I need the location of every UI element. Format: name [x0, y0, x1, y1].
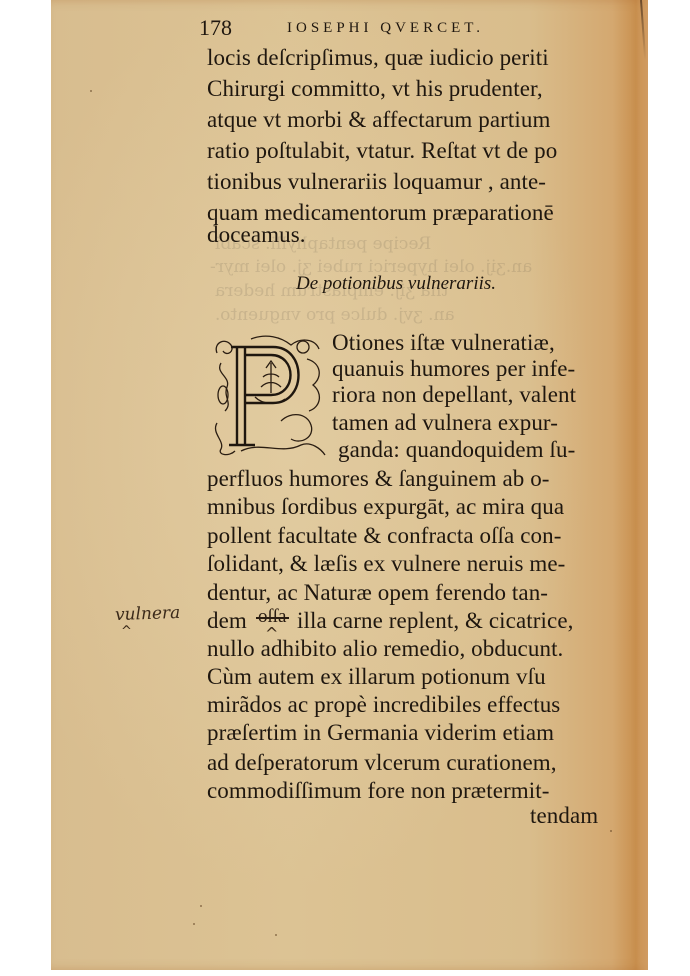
- paper-speck: [610, 830, 612, 832]
- text-line: mnibus ſordibus expurgāt, ac mira qua: [207, 494, 564, 520]
- text-line: doceamus.: [207, 222, 306, 248]
- text-line: locis deſcripſimus, quæ iudicio periti: [207, 45, 549, 71]
- text-line: ratio poſtulabit, vtatur. Reſtat vt de p…: [207, 138, 557, 164]
- page-number: 178: [199, 15, 232, 41]
- text-line: Chirurgi committo, vt his prudenter,: [207, 76, 543, 102]
- text-line: commodiſſimum fore non prætermit-: [207, 778, 550, 804]
- handwritten-marginal-note: vulnera: [115, 603, 181, 625]
- text-line: atque vt morbi & affectarum partium: [207, 107, 551, 133]
- text-line: riora non depellant, valent: [332, 382, 576, 408]
- text-line: quanuis humores per infe-: [332, 356, 575, 382]
- text-line-part: dem: [207, 608, 247, 634]
- dropcap-p-icon: [211, 333, 329, 458]
- paper-speck: [275, 934, 277, 936]
- text-line: ſolidant, & læſis ex vulnere neruis me-: [207, 551, 565, 577]
- insertion-caret-icon: ^: [121, 624, 132, 639]
- page-edge-shadow: [640, 0, 646, 60]
- paper-speck: [90, 90, 92, 92]
- text-line: perfluos humores & ſanguinem ab o-: [207, 466, 550, 492]
- text-line: Otiones iſtæ vulneratiæ,: [332, 330, 555, 356]
- text-line: ganda: quandoquidem ſu-: [338, 437, 575, 463]
- text-line: tamen ad vulnera expur-: [332, 410, 558, 436]
- text-line: dentur, ac Naturæ opem ferendo tan-: [207, 580, 548, 606]
- running-head: IOSEPHI QVERCET.: [287, 20, 484, 37]
- text-line: ad deſperatorum vlcerum curationem,: [207, 750, 557, 776]
- text-line: præſertim in Germania viderim etiam: [207, 720, 554, 746]
- text-line: nullo adhibito alio remedio, obducunt.: [207, 636, 563, 662]
- section-heading: De potionibus vulnerariis.: [296, 273, 496, 295]
- text-line: tionibus vulnerariis loquamur , ante-: [207, 169, 546, 195]
- paper-speck: [200, 905, 202, 907]
- text-line: mirãdos ac propè incredibiles effectus: [207, 692, 560, 718]
- ornamental-dropcap: [211, 333, 329, 458]
- catchword: tendam: [530, 803, 598, 829]
- text-line: Cùm autem ex illarum potionum vſu: [207, 664, 546, 690]
- text-line-part: illa carne replent, & cicatrice,: [297, 608, 573, 634]
- text-line: pollent facultate & confracta oſſa con-: [207, 523, 561, 549]
- paper-speck: [193, 923, 195, 925]
